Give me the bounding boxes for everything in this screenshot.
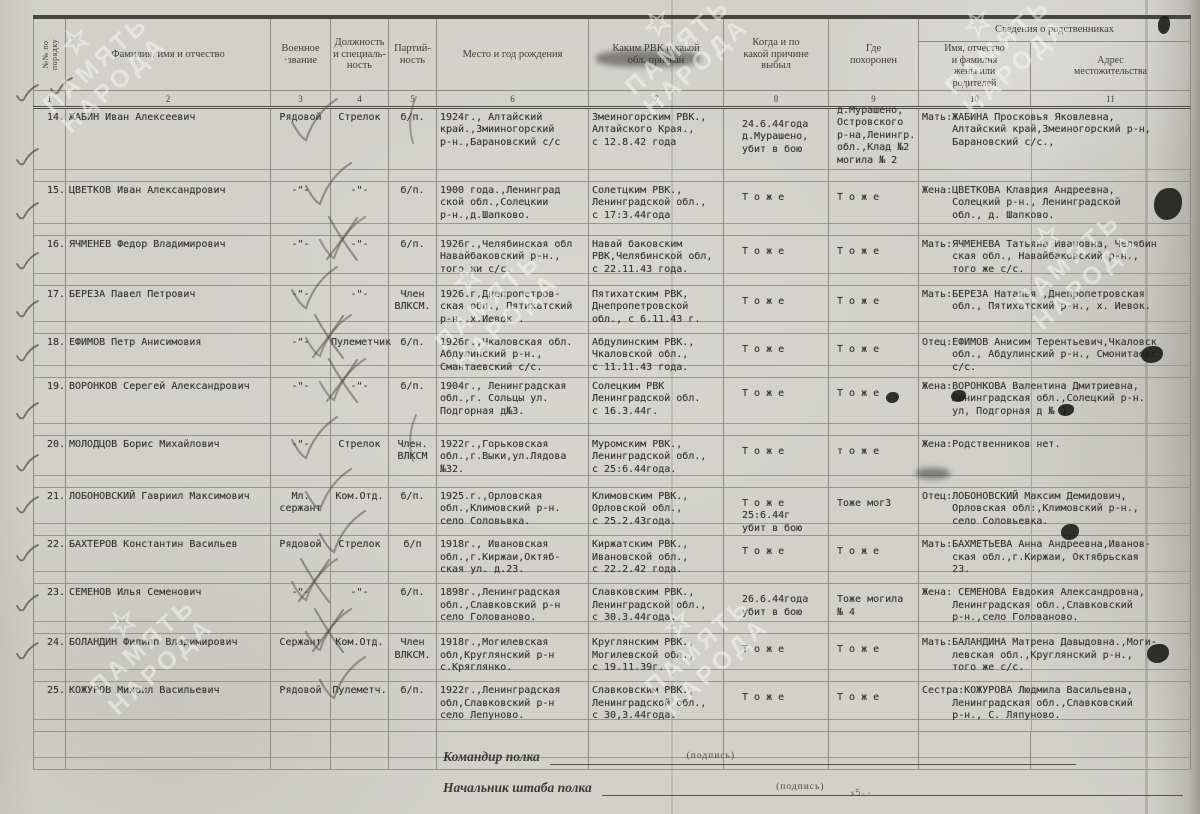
table-row: 20. МОЛОДЦОВ Борис Михайлович -"- Стрело… <box>34 436 1191 488</box>
cell-text: -"- <box>350 185 368 196</box>
cell-military-rank: Рядовой <box>271 536 331 584</box>
cell-text: -"- <box>350 381 368 392</box>
cell-burial-place: Т о ж е <box>829 182 919 236</box>
cell-text: б/п <box>403 539 421 550</box>
cell-text: 19. <box>47 381 65 392</box>
cell-military-rank: -"- <box>271 584 331 634</box>
cell-text: Тоже мог3 <box>837 498 891 509</box>
signature-line: (подпись) <box>550 748 1076 765</box>
cell-row-number: 15. <box>34 182 66 236</box>
cell-text: -"- <box>291 337 309 348</box>
cell-text: Ком.Отд. <box>335 491 383 502</box>
cell-party-membership: б/п. <box>389 236 437 286</box>
cell-text: б/п. <box>400 491 424 502</box>
cell-relatives-and-address: Мать:БАЛАНДИНА Матрена Давыдовна.,Моги- … <box>919 634 1191 682</box>
cell-casualty-date-reason: Т о ж е <box>724 378 829 436</box>
chief-of-staff-signature-row: Начальник штаба полка (подпись) <box>443 779 1183 796</box>
cell-birth-place-year: 1924г., Алтайский край.,Змииногорский р-… <box>437 108 589 182</box>
cell-row-number: 20. <box>34 436 66 488</box>
cell-text: Мл. сержант <box>279 491 321 514</box>
cell-text: 26.6.44года убит в бою <box>742 594 808 617</box>
commander-label: Командир полка <box>443 749 550 765</box>
cell-text: б/п. <box>400 685 424 696</box>
cell-burial-place: Тоже могила № 4 <box>829 584 919 634</box>
cell-drafted-by: Солецким РВК Ленинградской обл. с 16.3.4… <box>589 378 724 436</box>
cell-military-rank: -"- <box>271 182 331 236</box>
cell-full-name: СЕМЕНОВ Илья Семенович <box>66 584 271 634</box>
table-header: №№ по порядку Фамилия, имя и отчество Во… <box>34 17 1191 108</box>
cell-casualty-date-reason: Т о ж е <box>724 286 829 334</box>
cell-text: -"- <box>291 239 309 250</box>
header-col-address: Адрес местожительства <box>1031 42 1191 91</box>
cell-text: Славковским РВК., Ленинградской обл., с … <box>592 587 706 623</box>
cell-party-membership: б/п <box>389 536 437 584</box>
cell-text: -"- <box>350 239 368 250</box>
cell-text: Член ВЛКСМ. <box>394 637 430 660</box>
cell-text: Т о ж е <box>837 246 879 257</box>
cell-birth-place-year: 1918г., Ивановская обл.,г.Киржаи,Октяб- … <box>437 536 589 584</box>
cell-birth-place-year: 1925.г.,Орловская обл.,Климовский р-н. с… <box>437 488 589 536</box>
cell-text: 1926г.,Чкаловская обл. Абдулинский р-н.,… <box>440 337 572 373</box>
cell-text: Т о ж е <box>742 192 784 203</box>
cell-row-number: 19. <box>34 378 66 436</box>
cell-casualty-date-reason: Т о ж е 25:6.44г убит в бою <box>724 488 829 536</box>
pencil-note: х5.. <box>849 787 872 800</box>
cell-duty-specialty: Стрелок <box>331 108 389 182</box>
cell-text: Абдулинским РВК., Чкаловской обл., с 11.… <box>592 337 694 373</box>
cell-relatives-and-address: Мать:ЖАБИНА Просковья Яковлевна, Алтайск… <box>919 108 1191 182</box>
cell-text: 1922г.,Горьковская обл.,г.Выки,ул.Лядова… <box>440 439 566 475</box>
cell-text: 14. <box>47 112 65 123</box>
cell-party-membership: Член. ВЛКСМ <box>389 436 437 488</box>
table-row: 18. ЕФИМОВ Петр Анисимовия -"- Пулеметчи… <box>34 334 1191 378</box>
cell-full-name: БЕРЕЗА Павел Петрович <box>66 286 271 334</box>
header-col-party: Партий- ность <box>389 17 437 91</box>
cell-text: 1918г.,Могилевская обл,Круглянский р-н с… <box>440 637 554 673</box>
cell-duty-specialty: Ком.Отд. <box>331 488 389 536</box>
header-col-fate: Когда и по какой причине выбыл <box>724 17 829 91</box>
cell-birth-place-year: 1922г.,Ленинградская обл,Славковский р-н… <box>437 682 589 732</box>
cell-text: Муромским РВК., Ленинградской обл., с 25… <box>592 439 706 475</box>
cell-text: Т о ж е <box>742 546 784 557</box>
header-col-birth: Место и год рождения <box>437 17 589 91</box>
column-number-row: 1 2 3 4 5 6 7 8 9 10 11 <box>34 91 1191 108</box>
cell-birth-place-year: 1926.г,Днепропетров- ская обл., Пятихатс… <box>437 286 589 334</box>
cell-text: Жена:Родственников нет. <box>922 439 1060 450</box>
header-col-number: №№ по порядку <box>34 17 66 91</box>
cell-casualty-date-reason: Т о ж е <box>724 682 829 732</box>
cell-text: Жена:ЦВЕТКОВА Клавдия Андреевна, Солецки… <box>922 185 1121 221</box>
casualty-table: №№ по порядку Фамилия, имя и отчество Во… <box>33 15 1191 770</box>
cell-drafted-by: Муромским РВК., Ленинградской обл., с 25… <box>589 436 724 488</box>
cell-casualty-date-reason: Т о ж е <box>724 182 829 236</box>
cell-text: 17. <box>47 289 65 300</box>
cell-full-name: ВОРОНКОВ Серегей Александрович <box>66 378 271 436</box>
cell-text: -"- <box>350 289 368 300</box>
cell-party-membership: б/п. <box>389 488 437 536</box>
signature-line: (подпись) <box>602 779 1183 796</box>
cell-text: МОЛОДЦОВ Борис Михайлович <box>69 439 220 450</box>
cell-birth-place-year: 1926г.,Челябинская обл Навайбаковский р-… <box>437 236 589 286</box>
cell-full-name: ЖАБИН Иван Алексеевич <box>66 108 271 182</box>
cell-casualty-date-reason: Т о ж е <box>724 436 829 488</box>
cell-text: т о ж е <box>837 446 879 457</box>
cell-text: б/п. <box>400 112 424 123</box>
header-col-relative-name: Имя, отчество и фамилия жены или родител… <box>919 42 1031 91</box>
cell-text: 23. <box>47 587 65 598</box>
cell-text: 1926.г,Днепропетров- ская обл., Пятихатс… <box>440 289 572 325</box>
cell-military-rank: -"- <box>271 436 331 488</box>
cell-relatives-and-address: Сестра:КОЖУРОВА Людмила Васильевна, Лени… <box>919 682 1191 732</box>
cell-text: СЕМЕНОВ Илья Семенович <box>69 587 201 598</box>
cell-text: б/п. <box>400 239 424 250</box>
cell-text: 1924г., Алтайский край.,Змииногорский р-… <box>440 112 560 148</box>
cell-text: Сержант <box>279 637 321 648</box>
cell-text: -"- <box>291 439 309 450</box>
cell-text: -"- <box>291 185 309 196</box>
cell-relatives-and-address: Мать:БЕРЕЗА Наталья ,Днепропетровская об… <box>919 286 1191 334</box>
signature-caption: (подпись) <box>687 751 735 761</box>
header-col-name: Фамилия, имя и отчество <box>66 17 271 91</box>
cell-row-number: 22. <box>34 536 66 584</box>
cell-drafted-by: Славковским РВК., Ленинградской обл., с … <box>589 584 724 634</box>
cell-drafted-by: Солетцким РВК., Ленинградской обл., с 17… <box>589 182 724 236</box>
cell-relatives-and-address: Мать:БАХМЕТЬЕВА Анна Андреевна,Иванов- с… <box>919 536 1191 584</box>
cell-text: Рядовой <box>279 112 321 123</box>
cell-drafted-by: Славковским РВК., Ленинградской обл., с … <box>589 682 724 732</box>
cell-text: б/п. <box>400 185 424 196</box>
cell-relatives-and-address: Жена:Родственников нет. <box>919 436 1191 488</box>
cell-text: Пятихатским РВК, Днепропетровской обл., … <box>592 289 700 325</box>
cell-row-number: 14. <box>34 108 66 182</box>
cell-text: Сестра:КОЖУРОВА Людмила Васильевна, Лени… <box>922 685 1133 721</box>
cell-duty-specialty: Пулеметч. <box>331 682 389 732</box>
commander-signature-row: Командир полка (подпись) <box>443 748 1076 765</box>
cell-text: 22. <box>47 539 65 550</box>
cell-text: -"- <box>291 587 309 598</box>
cell-text: -"- <box>291 381 309 392</box>
cell-party-membership: б/п. <box>389 108 437 182</box>
cell-text: 18. <box>47 337 65 348</box>
cell-birth-place-year: 1898г.,Ленинградская обл.,Славковский р-… <box>437 584 589 634</box>
cell-text: 16. <box>47 239 65 250</box>
cell-party-membership: Член ВЛКСМ. <box>389 634 437 682</box>
cell-text: БЕРЕЗА Павел Петрович <box>69 289 195 300</box>
cell-birth-place-year: 1918г.,Могилевская обл,Круглянский р-н с… <box>437 634 589 682</box>
table-row: 25. КОЖУРОВ Михаил Васильевич Рядовой Пу… <box>34 682 1191 732</box>
cell-text: Жена:ВОРОНКОВА Валентина Дмитриевна, Лен… <box>922 381 1145 417</box>
cell-text: Тоже могила № 4 <box>837 594 903 617</box>
cell-row-number: 17. <box>34 286 66 334</box>
cell-text: 15. <box>47 185 65 196</box>
table-body: 14. ЖАБИН Иван Алексеевич Рядовой Стрело… <box>34 108 1191 732</box>
cell-text: Мать:ЯЧМЕНЕВА Татьяна Ивановна, Челябин … <box>922 239 1157 275</box>
cell-text: Т о ж е <box>742 446 784 457</box>
cell-military-rank: -"- <box>271 286 331 334</box>
cell-birth-place-year: 1904г., Ленинградская обл.,г. Сольцы ул.… <box>437 378 589 436</box>
cell-text: Стрелок <box>338 439 380 450</box>
cell-text: ЖАБИН Иван Алексеевич <box>69 112 195 123</box>
cell-full-name: ЦВЕТКОВ Иван Александрович <box>66 182 271 236</box>
cell-casualty-date-reason: 26.6.44года убит в бою <box>724 584 829 634</box>
cell-text: Т о ж е <box>837 388 879 399</box>
cell-text: Мать:БЕРЕЗА Наталья ,Днепропетровская об… <box>922 289 1151 312</box>
cell-duty-specialty: Ком.Отд. <box>331 634 389 682</box>
cell-full-name: БОЛАНДИН Филипп Владимирович <box>66 634 271 682</box>
cell-full-name: БАХТЕРОВ Константин Васильев <box>66 536 271 584</box>
cell-text: Т о ж е <box>742 344 784 355</box>
cell-burial-place: Т о ж е <box>829 236 919 286</box>
cell-birth-place-year: 1926г.,Чкаловская обл. Абдулинский р-н.,… <box>437 334 589 378</box>
cell-text: 24.6.44года д.Мурашено, убит в бою <box>742 119 808 155</box>
table-row: 24. БОЛАНДИН Филипп Владимирович Сержант… <box>34 634 1191 682</box>
cell-text: КОЖУРОВ Михаил Васильевич <box>69 685 220 696</box>
cell-row-number: 18. <box>34 334 66 378</box>
cell-burial-place: т о ж е <box>829 436 919 488</box>
cell-burial-place: Тоже мог3 <box>829 488 919 536</box>
cell-relatives-and-address: Отец:ЕФИМОВ Анисим Терентьевич,Чкаловск … <box>919 334 1191 378</box>
cell-burial-place: Т о ж е <box>829 682 919 732</box>
cell-text: -"- <box>291 289 309 300</box>
header-relatives-group: Сведения о родственниках <box>919 17 1191 42</box>
cell-drafted-by: Круглянским РВК., Могилевской обл., с 19… <box>589 634 724 682</box>
cell-text: 21. <box>47 491 65 502</box>
cell-party-membership: б/п. <box>389 584 437 634</box>
cell-drafted-by: Киржатским РВК., Ивановской обл., с 22.2… <box>589 536 724 584</box>
cell-row-number: 25. <box>34 682 66 732</box>
cell-drafted-by: Климовским РВК., Орловской обл., с 25.2.… <box>589 488 724 536</box>
cell-text: ЛОБОНОВСКИЙ Гавриил Максимович <box>69 491 250 502</box>
cell-text: Т о ж е <box>837 344 879 355</box>
cell-military-rank: Рядовой <box>271 108 331 182</box>
cell-text: Отец:ЛОБОНОВСКИЙ Максим Демидович, Орлов… <box>922 491 1139 527</box>
cell-relatives-and-address: Отец:ЛОБОНОВСКИЙ Максим Демидович, Орлов… <box>919 488 1191 536</box>
cell-text: Змеиногорским РВК., Алтайского Края., с … <box>592 112 706 148</box>
cell-military-rank: Мл. сержант <box>271 488 331 536</box>
cell-duty-specialty: Пулеметчик <box>331 334 389 378</box>
cell-text: Круглянским РВК., Могилевской обл., с 19… <box>592 637 694 673</box>
cell-casualty-date-reason: Т о ж е <box>724 236 829 286</box>
cell-casualty-date-reason: Т о ж е <box>724 536 829 584</box>
table-row: 16. ЯЧМЕНЕВ Федор Владимирович -"- -"- б… <box>34 236 1191 286</box>
cell-text: Т о ж е <box>837 192 879 203</box>
cell-text: Член. ВЛКСМ <box>397 439 427 462</box>
cell-birth-place-year: 1900 года.,Ленинград ской обл.,Солецкии … <box>437 182 589 236</box>
cell-text: 1922г.,Ленинградская обл,Славковский р-н… <box>440 685 560 721</box>
cell-text: Рядовой <box>279 539 321 550</box>
cell-full-name: КОЖУРОВ Михаил Васильевич <box>66 682 271 732</box>
table-row: 15. ЦВЕТКОВ Иван Александрович -"- -"- б… <box>34 182 1191 236</box>
cell-duty-specialty: Стрелок <box>331 436 389 488</box>
cell-casualty-date-reason: 24.6.44года д.Мурашено, убит в бою <box>724 108 829 182</box>
cell-drafted-by: Навай баковским РВК,Челябинской обл, с 2… <box>589 236 724 286</box>
cell-text: Мать:БАЛАНДИНА Матрена Давыдовна.,Моги- … <box>922 637 1157 673</box>
cell-party-membership: б/п. <box>389 682 437 732</box>
cell-duty-specialty: -"- <box>331 584 389 634</box>
cell-text: ВОРОНКОВ Серегей Александрович <box>69 381 250 392</box>
cell-full-name: МОЛОДЦОВ Борис Михайлович <box>66 436 271 488</box>
cell-text: ЯЧМЕНЕВ Федор Владимирович <box>69 239 226 250</box>
cell-text: БОЛАНДИН Филипп Владимирович <box>69 637 238 648</box>
cell-row-number: 24. <box>34 634 66 682</box>
cell-text: Киржатским РВК., Ивановской обл., с 22.2… <box>592 539 688 575</box>
cell-text: Солетцким РВК., Ленинградской обл., с 17… <box>592 185 706 221</box>
cell-relatives-and-address: Жена:ЦВЕТКОВА Клавдия Андреевна, Солецки… <box>919 182 1191 236</box>
cell-text: д.Мурашено, Островского р-на,Ленингр. об… <box>837 105 915 167</box>
cell-burial-place: Т о ж е <box>829 286 919 334</box>
cell-military-rank: Сержант <box>271 634 331 682</box>
cell-text: Мать:ЖАБИНА Просковья Яковлевна, Алтайск… <box>922 112 1151 148</box>
table-row: 23. СЕМЕНОВ Илья Семенович -"- -"- б/п. … <box>34 584 1191 634</box>
header-col-duty: Должность и специаль- ность <box>331 17 389 91</box>
cell-text: Стрелок <box>338 539 380 550</box>
cell-military-rank: -"- <box>271 334 331 378</box>
cell-duty-specialty: Стрелок <box>331 536 389 584</box>
cell-text: 1926г.,Челябинская обл Навайбаковский р-… <box>440 239 572 275</box>
cell-text: Пулеметч. <box>332 685 386 696</box>
cell-text: Солецким РВК Ленинградской обл. с 16.3.4… <box>592 381 700 417</box>
cell-party-membership: б/п. <box>389 378 437 436</box>
cell-text: -"- <box>350 587 368 598</box>
cell-text: Стрелок <box>338 112 380 123</box>
cell-text: ЦВЕТКОВ Иван Александрович <box>69 185 226 196</box>
cell-party-membership: Член ВЛКСМ. <box>389 286 437 334</box>
cell-burial-place: Т о ж е <box>829 634 919 682</box>
cell-drafted-by: Абдулинским РВК., Чкаловской обл., с 11.… <box>589 334 724 378</box>
cell-military-rank: -"- <box>271 378 331 436</box>
cell-text: Т о ж е <box>837 644 879 655</box>
cell-text: 1898г.,Ленинградская обл.,Славковский р-… <box>440 587 560 623</box>
cell-text: 24. <box>47 637 65 648</box>
header-col-rank: Военное ·звание <box>271 17 331 91</box>
cell-text: БАХТЕРОВ Константин Васильев <box>69 539 238 550</box>
cell-duty-specialty: -"- <box>331 286 389 334</box>
cell-drafted-by: Змеиногорским РВК., Алтайского Края., с … <box>589 108 724 182</box>
cell-text: ЕФИМОВ Петр Анисимовия <box>69 337 201 348</box>
cell-burial-place: Т о ж е <box>829 378 919 436</box>
cell-full-name: ЯЧМЕНЕВ Федор Владимирович <box>66 236 271 286</box>
cell-military-rank: -"- <box>271 236 331 286</box>
cell-row-number: 23. <box>34 584 66 634</box>
cell-duty-specialty: -"- <box>331 182 389 236</box>
cell-full-name: ЕФИМОВ Петр Анисимовия <box>66 334 271 378</box>
cell-text: Т о ж е <box>742 296 784 307</box>
cell-text: Т о ж е <box>837 546 879 557</box>
cell-text: Климовским РВК., Орловской обл., с 25.2.… <box>592 491 688 527</box>
cell-text: Славковским РВК., Ленинградской обл., с … <box>592 685 706 721</box>
cell-text: 1925.г.,Орловская обл.,Климовский р-н. с… <box>440 491 560 527</box>
cell-text: Т о ж е <box>837 296 879 307</box>
cell-text: 1904г., Ленинградская обл.,г. Сольцы ул.… <box>440 381 566 417</box>
cell-birth-place-year: 1922г.,Горьковская обл.,г.Выки,ул.Лядова… <box>437 436 589 488</box>
cell-burial-place: Т о ж е <box>829 334 919 378</box>
cell-text: Т о ж е <box>837 692 879 703</box>
cell-text: Пулеметчик <box>331 337 391 348</box>
table-row: 17. БЕРЕЗА Павел Петрович -"- -"- Член В… <box>34 286 1191 334</box>
cell-duty-specialty: -"- <box>331 236 389 286</box>
table-row: 14. ЖАБИН Иван Алексеевич Рядовой Стрело… <box>34 108 1191 182</box>
cell-text: Отец:ЕФИМОВ Анисим Терентьевич,Чкаловск … <box>922 337 1157 373</box>
cell-burial-place: Т о ж е <box>829 536 919 584</box>
cell-text: 20. <box>47 439 65 450</box>
cell-text: б/п. <box>400 337 424 348</box>
table-row: 22. БАХТЕРОВ Константин Васильев Рядовой… <box>34 536 1191 584</box>
cell-relatives-and-address: Жена: СЕМЕНОВА Евдокия Александровна, Ле… <box>919 584 1191 634</box>
table-row: 21. ЛОБОНОВСКИЙ Гавриил Максимович Мл. с… <box>34 488 1191 536</box>
table-row: 19. ВОРОНКОВ Серегей Александрович -"- -… <box>34 378 1191 436</box>
cell-text: 1918г., Ивановская обл.,г.Киржаи,Октяб- … <box>440 539 560 575</box>
header-col-rvk: Каким РВК и какой обл. призван <box>589 17 724 91</box>
cell-burial-place: д.Мурашено, Островского р-на,Ленингр. об… <box>829 108 919 182</box>
cell-text: Рядовой <box>279 685 321 696</box>
cell-text: Т о ж е 25:6.44г убит в бою <box>742 498 802 534</box>
cell-text: Т о ж е <box>742 246 784 257</box>
cell-duty-specialty: -"- <box>331 378 389 436</box>
cell-casualty-date-reason: Т о ж е <box>724 334 829 378</box>
cell-row-number: 21. <box>34 488 66 536</box>
cell-text: Член ВЛКСМ. <box>394 289 430 312</box>
cell-party-membership: б/п. <box>389 182 437 236</box>
cell-text: 25. <box>47 685 65 696</box>
cell-text: Ком.Отд. <box>335 637 383 648</box>
cell-text: Т о ж е <box>742 644 784 655</box>
chief-of-staff-label: Начальник штаба полка <box>443 780 602 796</box>
cell-full-name: ЛОБОНОВСКИЙ Гавриил Максимович <box>66 488 271 536</box>
cell-casualty-date-reason: Т о ж е <box>724 634 829 682</box>
cell-party-membership: б/п. <box>389 334 437 378</box>
cell-text: Т о ж е <box>742 692 784 703</box>
cell-text: Т о ж е <box>742 388 784 399</box>
cell-text: Жена: СЕМЕНОВА Евдокия Александровна, Ле… <box>922 587 1145 623</box>
cell-text: Навай баковским РВК,Челябинской обл, с 2… <box>592 239 712 275</box>
cell-text: 1900 года.,Ленинград ской обл.,Солецкии … <box>440 185 560 221</box>
cell-military-rank: Рядовой <box>271 682 331 732</box>
cell-text: Мать:БАХМЕТЬЕВА Анна Андреевна,Иванов- с… <box>922 539 1151 575</box>
cell-row-number: 16. <box>34 236 66 286</box>
header-col-buried: Где похоронен <box>829 17 919 91</box>
cell-text: б/п. <box>400 381 424 392</box>
scanned-casualty-list-page: №№ по порядку Фамилия, имя и отчество Во… <box>0 0 1200 814</box>
signature-caption: (подпись) <box>776 782 824 792</box>
cell-text: б/п. <box>400 587 424 598</box>
cell-relatives-and-address: Мать:ЯЧМЕНЕВА Татьяна Ивановна, Челябин … <box>919 236 1191 286</box>
cell-relatives-and-address: Жена:ВОРОНКОВА Валентина Дмитриевна, Лен… <box>919 378 1191 436</box>
cell-drafted-by: Пятихатским РВК, Днепропетровской обл., … <box>589 286 724 334</box>
